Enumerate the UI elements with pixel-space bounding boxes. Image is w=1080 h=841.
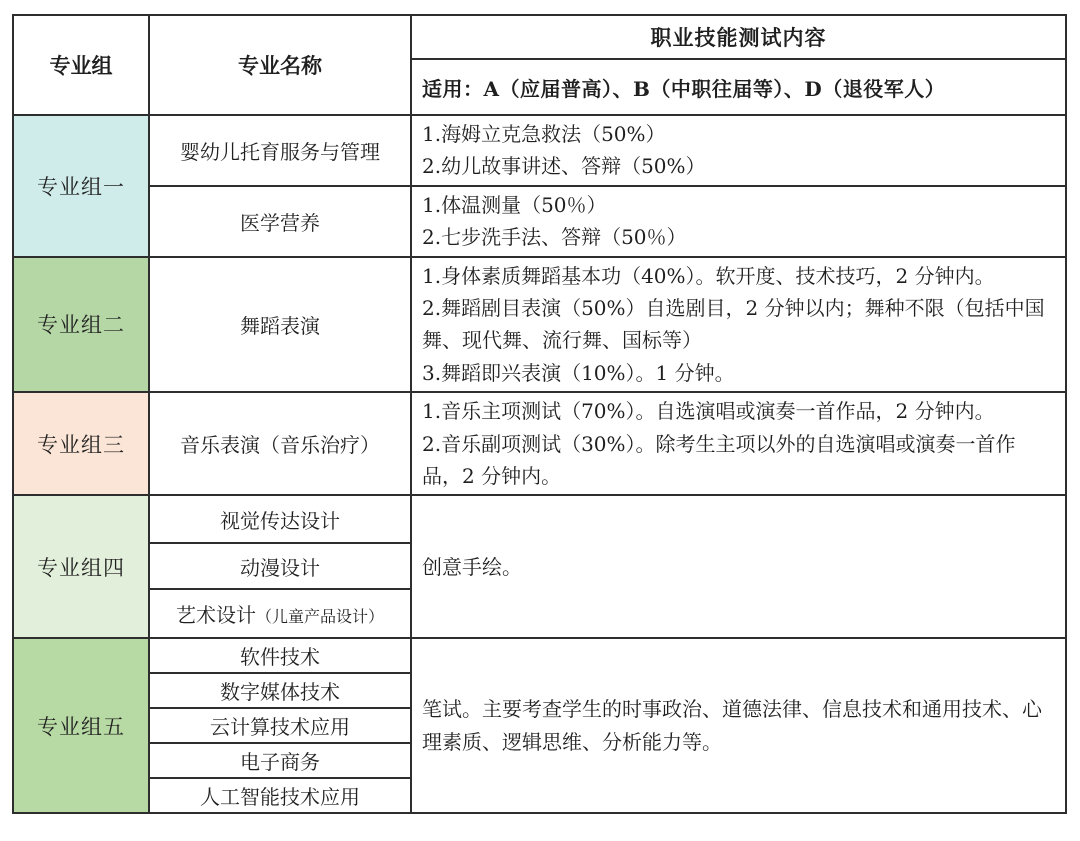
table-row: 专业组四 视觉传达设计 创意手绘。 [13, 495, 1066, 543]
test-content-cell: 1.音乐主项测试（70%）。自选演唱或演奏一首作品，2 分钟内。 2.音乐副项测… [411, 392, 1066, 495]
test-content-cell: 1.海姆立克急救法（50%） 2.幼儿故事讲述、答辩（50%） [411, 115, 1066, 186]
major-cell: 舞蹈表演 [149, 257, 411, 393]
header-test-subtitle: 适用：A（应届普高）、B（中职往届等）、D（退役军人） [411, 59, 1066, 115]
header-row-1: 专业组 专业名称 职业技能测试内容 [13, 15, 1066, 59]
skill-test-table: 专业组 专业名称 职业技能测试内容 适用：A（应届普高）、B（中职往届等）、D（… [12, 14, 1067, 814]
group-cell-3: 专业组三 [13, 392, 149, 495]
major-cell: 数字媒体技术 [149, 673, 411, 708]
table-row: 专业组一 婴幼儿托育服务与管理 1.海姆立克急救法（50%） 2.幼儿故事讲述、… [13, 115, 1066, 186]
major-cell: 电子商务 [149, 743, 411, 778]
major-cell: 云计算技术应用 [149, 708, 411, 743]
group-cell-5: 专业组五 [13, 638, 149, 813]
test-content-cell: 1.体温测量（50％） 2.七步洗手法、答辩（50％） [411, 186, 1066, 257]
major-cell: 艺术设计（儿童产品设计） [149, 589, 411, 638]
test-content-cell: 1.身体素质舞蹈基本功（40%）。软开度、技术技巧，2 分钟内。 2.舞蹈剧目表… [411, 257, 1066, 393]
header-major-column: 专业名称 [149, 15, 411, 115]
major-cell: 音乐表演（音乐治疗） [149, 392, 411, 495]
test-content-cell: 创意手绘。 [411, 495, 1066, 638]
major-cell: 人工智能技术应用 [149, 778, 411, 813]
header-group-column: 专业组 [13, 15, 149, 115]
group-cell-1: 专业组一 [13, 115, 149, 257]
table-row: 医学营养 1.体温测量（50％） 2.七步洗手法、答辩（50％） [13, 186, 1066, 257]
table-row: 专业组五 软件技术 笔试。主要考查学生的时事政治、道德法律、信息技术和通用技术、… [13, 638, 1066, 673]
major-cell: 婴幼儿托育服务与管理 [149, 115, 411, 186]
group-cell-4: 专业组四 [13, 495, 149, 638]
major-label: 艺术设计 [176, 603, 256, 627]
test-content-cell: 笔试。主要考查学生的时事政治、道德法律、信息技术和通用技术、心理素质、逻辑思维、… [411, 638, 1066, 813]
major-cell: 软件技术 [149, 638, 411, 673]
table-row: 专业组三 音乐表演（音乐治疗） 1.音乐主项测试（70%）。自选演唱或演奏一首作… [13, 392, 1066, 495]
major-cell: 视觉传达设计 [149, 495, 411, 543]
document-page: 专业组 专业名称 职业技能测试内容 适用：A（应届普高）、B（中职往届等）、D（… [0, 0, 1080, 841]
major-cell: 医学营养 [149, 186, 411, 257]
group-cell-2: 专业组二 [13, 257, 149, 393]
table-row: 专业组二 舞蹈表演 1.身体素质舞蹈基本功（40%）。软开度、技术技巧，2 分钟… [13, 257, 1066, 393]
header-test-title: 职业技能测试内容 [411, 15, 1066, 59]
major-note-label: （儿童产品设计） [256, 607, 384, 626]
major-cell: 动漫设计 [149, 543, 411, 589]
